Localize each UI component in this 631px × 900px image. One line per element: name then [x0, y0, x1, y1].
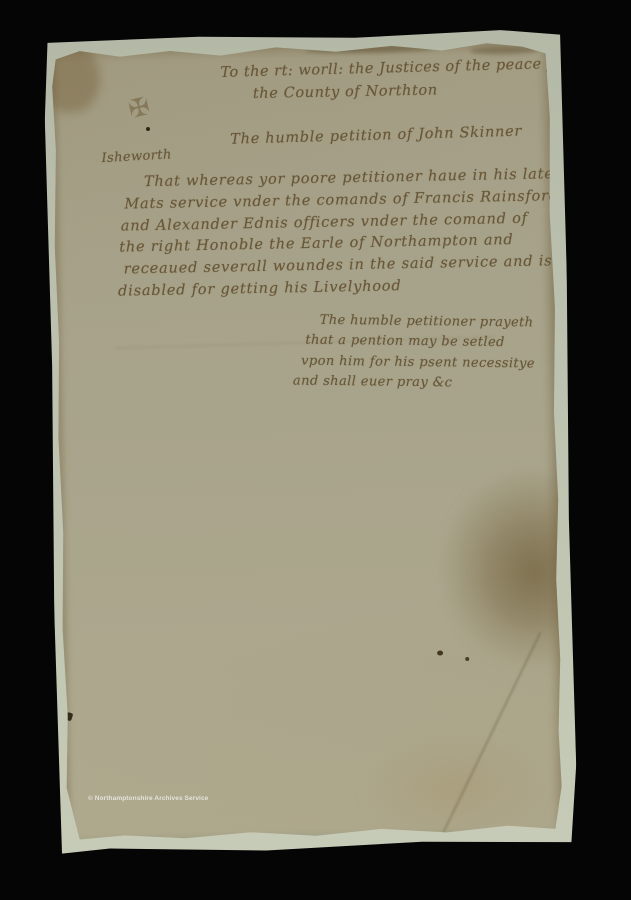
- ink-blot: [437, 650, 443, 655]
- cross-flourish-icon: ✠: [126, 91, 153, 124]
- petition-prayer-line: that a pention may be setled: [305, 331, 535, 354]
- petition-body: That whereas yor poore petitioner haue i…: [118, 164, 561, 303]
- ink-blot: [465, 657, 469, 661]
- petition-prayer-line: vpon him for his psent necessitye: [301, 351, 535, 374]
- flourish-ink-dot: [146, 127, 150, 131]
- margin-annotation: Isheworth: [101, 147, 172, 166]
- manuscript-paper: To the rt: worll: the Justices of the pe…: [49, 37, 567, 844]
- large-damp-stain-core: [473, 507, 595, 639]
- petition-prayer-line: The humble petitioner prayeth: [320, 311, 536, 334]
- copyright-watermark: © Northamptonshire Archives Service: [88, 795, 208, 802]
- large-damp-stain: [436, 464, 630, 673]
- manuscript-photo: To the rt: worll: the Justices of the pe…: [0, 0, 631, 900]
- petition-prayer: The humble petitioner prayeth that a pen…: [293, 310, 536, 394]
- address-heading-line1: To the rt: worll: the Justices of the pe…: [210, 55, 580, 81]
- petition-title: The humble petition of John Skinner: [221, 123, 531, 148]
- petition-prayer-line: and shall euer pray &c: [293, 371, 535, 394]
- address-heading-line2: the County of Northton: [195, 81, 495, 103]
